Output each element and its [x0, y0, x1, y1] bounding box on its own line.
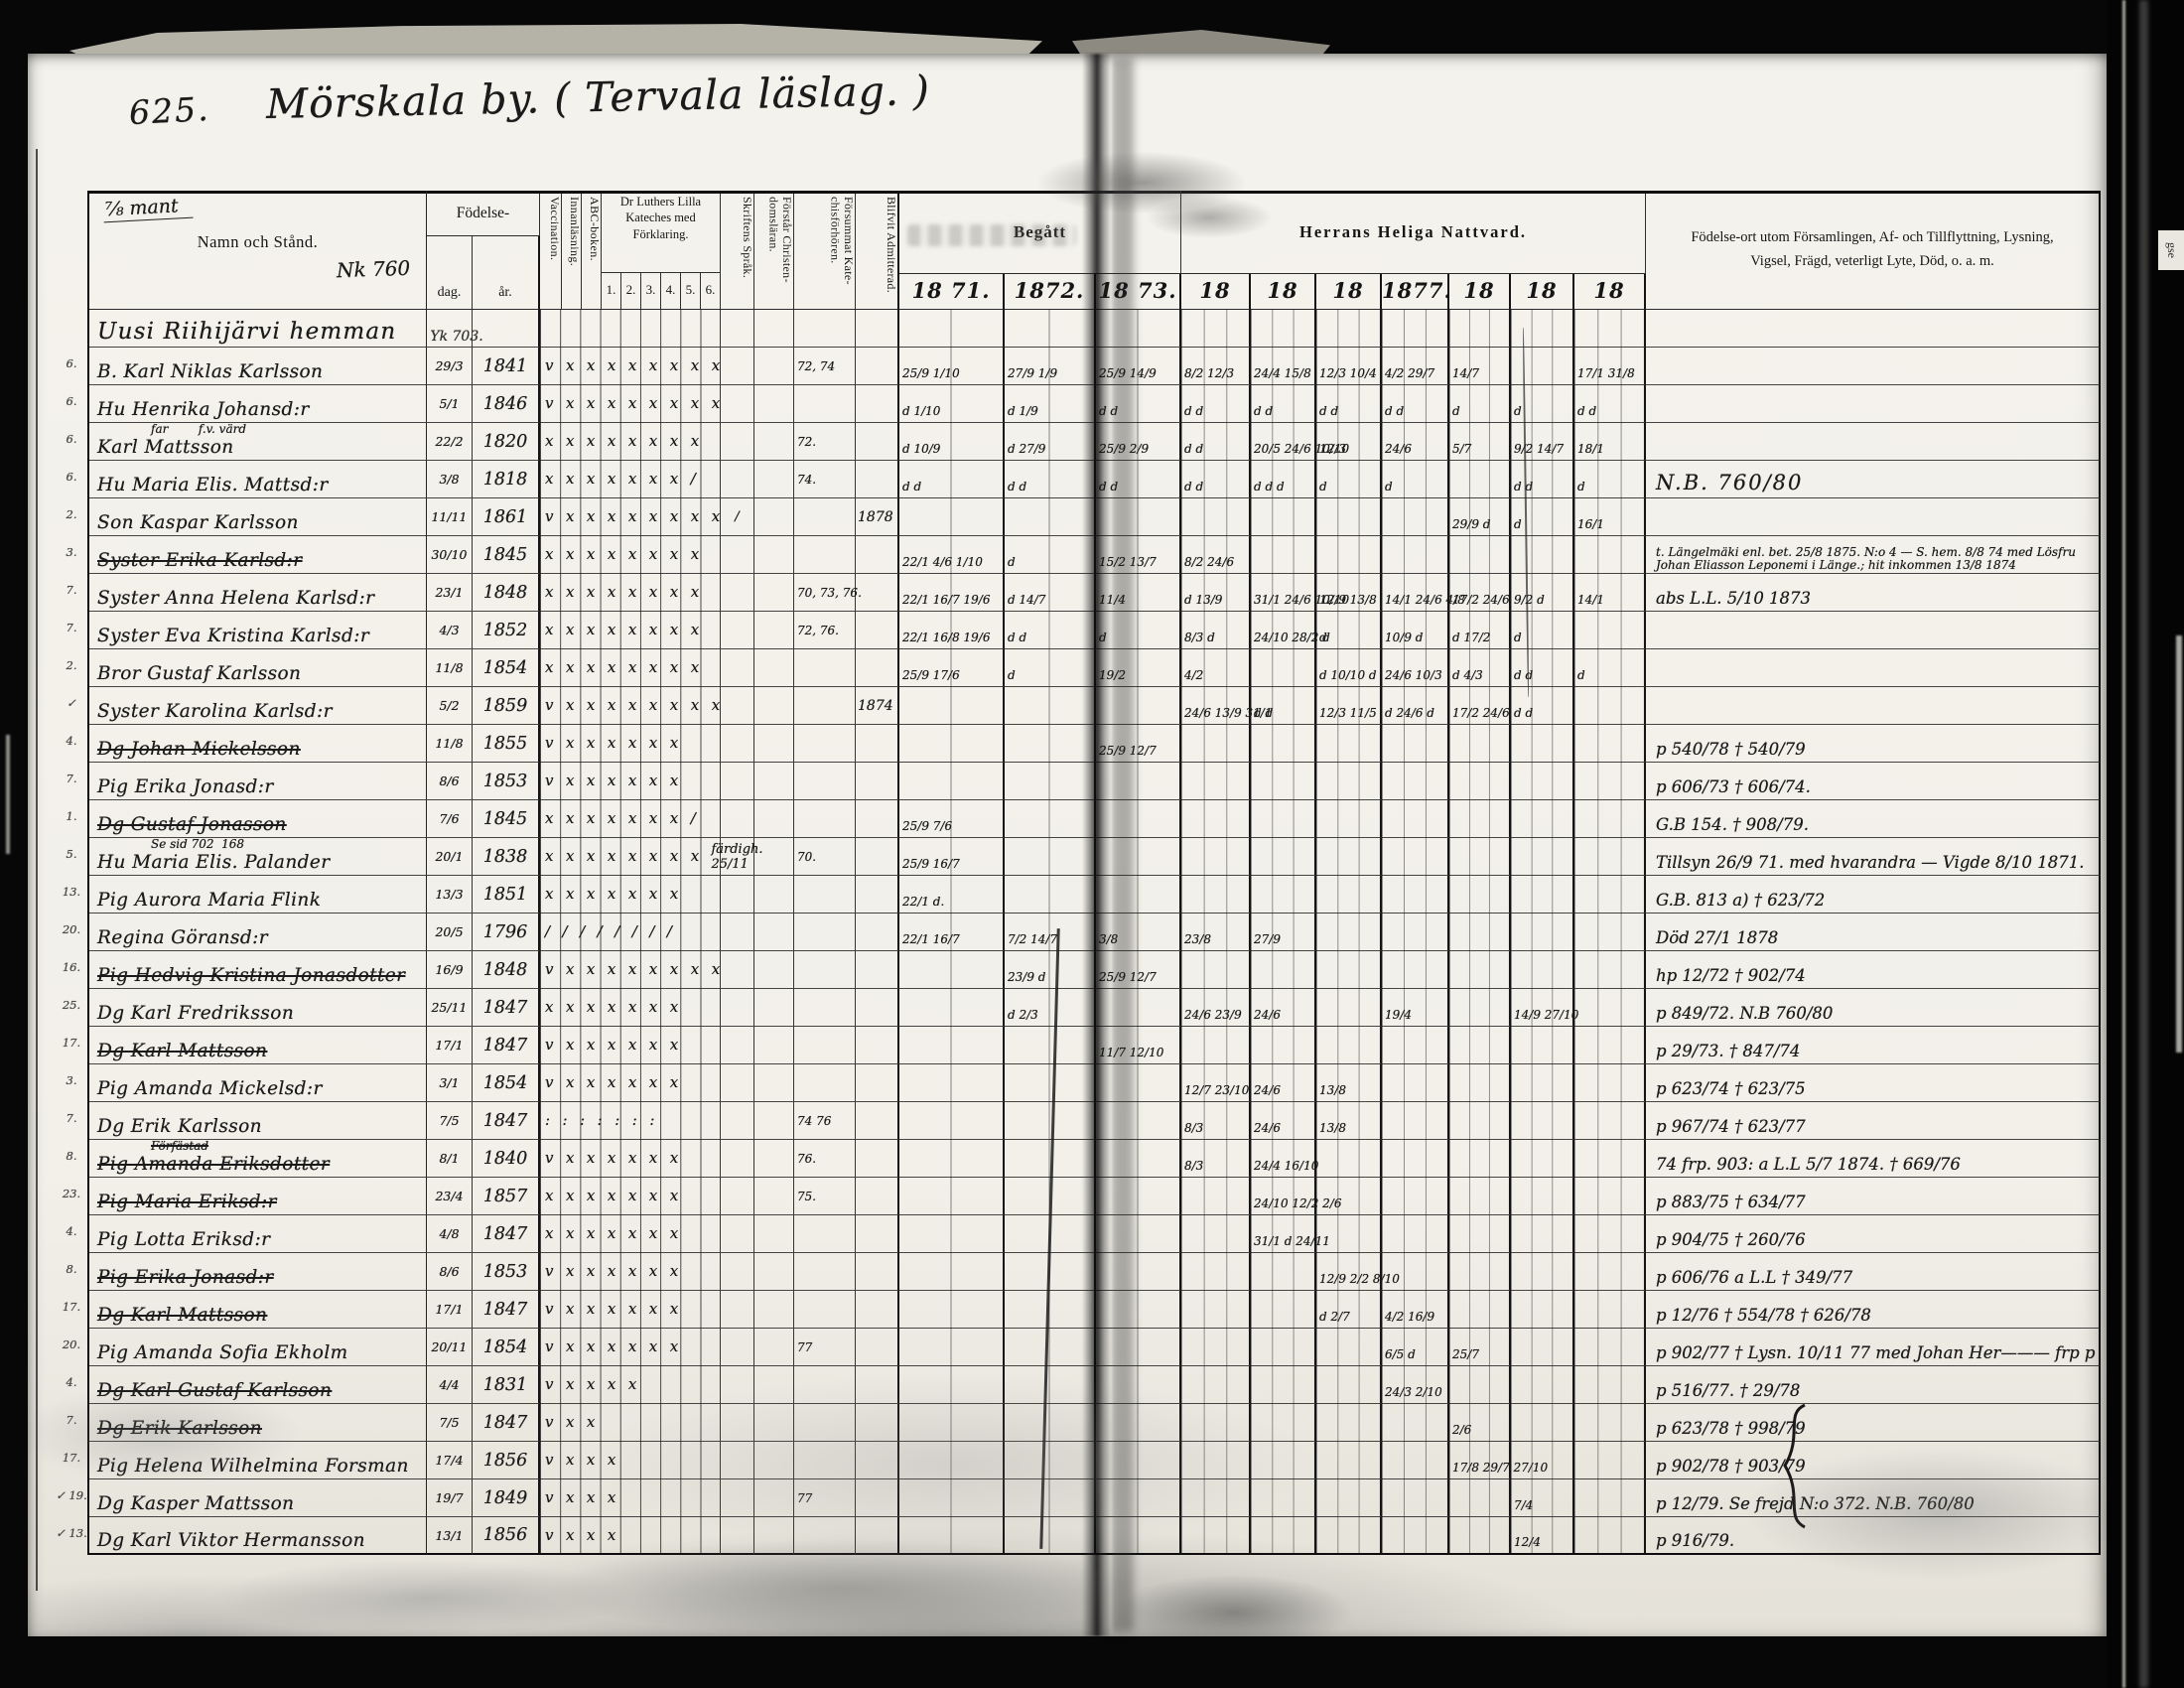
scripture-mark — [721, 1291, 754, 1329]
communion-1878: d 17/2 — [1449, 612, 1511, 649]
name-cell: Hu Maria Elis. Mattsd:r — [89, 461, 427, 498]
communion-1876: 13/8 — [1316, 1102, 1382, 1140]
communion-1876 — [1316, 498, 1382, 536]
scripture-mark — [721, 1517, 754, 1555]
communion-1876: d — [1316, 612, 1382, 649]
communion-1880 — [1574, 687, 1646, 725]
communion-1874 — [1181, 1291, 1251, 1329]
birth-day: 17/1 — [427, 1291, 473, 1329]
annotation: p 623/78 † 998/79 — [1646, 1404, 2101, 1442]
understands-mark — [754, 1366, 794, 1404]
communion-1878: 14/7 — [1449, 348, 1511, 385]
communion-1876 — [1316, 1404, 1382, 1442]
communion-1879 — [1511, 763, 1574, 800]
margin-mark: 3. — [56, 536, 89, 574]
birth-year: 1847 — [473, 1215, 540, 1253]
annotation — [1646, 348, 2101, 385]
communion-1877 — [1382, 1178, 1449, 1215]
margin-mark: 2. — [56, 498, 89, 536]
understands-mark — [754, 763, 794, 800]
margin-mark: 17. — [56, 1442, 89, 1479]
communion-1871 — [899, 763, 1005, 800]
communion-1873: d d — [1096, 461, 1181, 498]
communion-1871 — [899, 1479, 1005, 1517]
communion-1875 — [1251, 876, 1316, 914]
birth-year: 1847 — [473, 1291, 540, 1329]
missed-years — [794, 1253, 856, 1291]
reading-header: Innanläsning. — [562, 191, 582, 309]
margin-mark: 23. — [56, 1178, 89, 1215]
birth-day: 22/2 — [427, 423, 473, 461]
person-name: Uusi Riihijärvi hemman — [97, 319, 396, 345]
title-bar: 625. Mörskala by. ( Tervala läslag. ) — [68, 60, 1457, 179]
birth-year: 1855 — [473, 725, 540, 763]
literacy-marks: xxxxxxx — [540, 1215, 721, 1253]
missed-years: 72. — [794, 423, 856, 461]
communion-1871: 22/1 16/7 19/6 — [899, 574, 1005, 612]
mantal-note: ⅞ mant — [102, 195, 193, 223]
scripture-mark — [721, 1215, 754, 1253]
name-cell: B. Karl Niklas Karlsson — [89, 348, 427, 385]
understands-mark — [754, 687, 794, 725]
admitted-year: 1874 — [856, 687, 899, 725]
birth-year: 1859 — [473, 687, 540, 725]
communion-1872: d — [1005, 536, 1096, 574]
communion-1875: d d — [1251, 687, 1316, 725]
margin-mark: 6. — [56, 423, 89, 461]
birth-day: 17/1 — [427, 1027, 473, 1064]
literacy-marks: vxxx — [540, 1442, 721, 1479]
literacy-marks: xxxxxxxx — [540, 612, 721, 649]
communion-1874: d d — [1181, 461, 1251, 498]
name-cell: Uusi Riihijärvi hemman Yk 703. — [89, 310, 427, 348]
scripture-mark — [721, 574, 754, 612]
communion-1873 — [1096, 1517, 1181, 1555]
communion-1880 — [1574, 1404, 1646, 1442]
understands-mark — [754, 1027, 794, 1064]
communion-1874 — [1181, 1366, 1251, 1404]
literacy-marks: vxxx — [540, 1517, 721, 1555]
communion-1874: 24/6 13/9 31/1 — [1181, 687, 1251, 725]
table-row: 6. far f.v. värd Karl Mattsson 22/2 1820… — [56, 423, 2101, 461]
margin-mark: 7. — [56, 1404, 89, 1442]
communion-1876 — [1316, 876, 1382, 914]
scripture-mark — [721, 1366, 754, 1404]
communion-1880 — [1574, 612, 1646, 649]
communion-1875: 24/10 28/2 d — [1251, 612, 1316, 649]
communion-1871: d 10/9 — [899, 423, 1005, 461]
margin-mark: 5. — [56, 838, 89, 876]
name-cell: far f.v. värd Karl Mattsson — [89, 423, 427, 461]
communion-1879 — [1511, 1291, 1574, 1329]
missed-years — [794, 1517, 856, 1555]
communion-1874 — [1181, 876, 1251, 914]
communion-1877 — [1382, 310, 1449, 348]
communion-1879 — [1511, 1102, 1574, 1140]
communion-1879 — [1511, 1178, 1574, 1215]
communion-1876: 12/3 11/5 — [1316, 687, 1382, 725]
admitted-year — [856, 876, 899, 914]
communion-1877 — [1382, 1027, 1449, 1064]
communion-1873 — [1096, 838, 1181, 876]
table-row: 23. Pig Maria Eriksd:r 23/4 1857 xxxxxxx… — [56, 1178, 2101, 1215]
communion-1872 — [1005, 310, 1096, 348]
communion-1873 — [1096, 1064, 1181, 1102]
communion-1877 — [1382, 838, 1449, 876]
birth-year: 1847 — [473, 1102, 540, 1140]
communion-1876 — [1316, 1178, 1382, 1215]
understands-mark — [754, 1253, 794, 1291]
birth-day: 8/6 — [427, 1253, 473, 1291]
understands-mark — [754, 725, 794, 763]
communion-1876 — [1316, 725, 1382, 763]
birth-year: 1856 — [473, 1442, 540, 1479]
communion-1872 — [1005, 725, 1096, 763]
communion-1873 — [1096, 1102, 1181, 1140]
missed-years — [794, 1064, 856, 1102]
table-row: 4. Pig Lotta Eriksd:r 4/8 1847 xxxxxxx 3… — [56, 1215, 2101, 1253]
communion-1874 — [1181, 1479, 1251, 1517]
birth-day: 5/1 — [427, 385, 473, 423]
communion-1876 — [1316, 1027, 1382, 1064]
communion-1873 — [1096, 1366, 1181, 1404]
birth-day: 4/3 — [427, 612, 473, 649]
catechism-col-4: 4. — [661, 273, 681, 309]
communion-1873: d — [1096, 612, 1181, 649]
person-name: Dg Kasper Mattsson — [97, 1493, 295, 1514]
person-name: Syster Karolina Karlsd:r — [97, 701, 333, 722]
person-name: Pig Amanda Eriksdotter — [97, 1154, 330, 1175]
missed-years: 72, 74 — [794, 348, 856, 385]
birth-day: 19/7 — [427, 1479, 473, 1517]
literacy-marks: vxxxxxx — [540, 1027, 721, 1064]
name-suffix-ref: Yk 703. — [430, 329, 482, 345]
communion-1880 — [1574, 1027, 1646, 1064]
communion-1874: d d — [1181, 385, 1251, 423]
communion-1876: 12/3 10/4 — [1316, 348, 1382, 385]
annotation — [1646, 385, 2101, 423]
communion-1880 — [1574, 989, 1646, 1027]
name-cell: Pig Hedvig Kristina Jonasdotter — [89, 951, 427, 989]
understands-mark — [754, 1178, 794, 1215]
communion-1873: 3/8 — [1096, 914, 1181, 951]
literacy-marks: vxxxxxx — [540, 1140, 721, 1178]
communion-1873 — [1096, 876, 1181, 914]
scripture-mark — [721, 687, 754, 725]
communion-1876: d d — [1316, 385, 1382, 423]
communion-1880 — [1574, 1178, 1646, 1215]
communion-1878 — [1449, 461, 1511, 498]
year-1875: 18 75. — [1251, 274, 1316, 310]
missed-years: 76. — [794, 1140, 856, 1178]
birth-day: 23/4 — [427, 1178, 473, 1215]
admitted-year — [856, 536, 899, 574]
communion-1877 — [1382, 914, 1449, 951]
communion-1872 — [1005, 1064, 1096, 1102]
name-topnote: Förfästad — [151, 1140, 208, 1152]
communion-1876 — [1316, 914, 1382, 951]
literacy-marks: vxxxxxx — [540, 763, 721, 800]
left-margin-rule — [36, 149, 38, 1591]
admitted-year — [856, 1140, 899, 1178]
birth-day: 3/1 — [427, 1064, 473, 1102]
understands-mark — [754, 536, 794, 574]
communion-1880 — [1574, 725, 1646, 763]
communion-1873: 25/9 2/9 — [1096, 423, 1181, 461]
annotation: G.B 154. † 908/79. — [1646, 800, 2101, 838]
communion-1871 — [899, 1442, 1005, 1479]
ref-note-nk: Nk 760 — [336, 256, 410, 283]
communion-1875 — [1251, 1479, 1316, 1517]
literacy-marks: vxxxxxxxx — [540, 348, 721, 385]
birth-day: 4/4 — [427, 1366, 473, 1404]
communion-1872: d 1/9 — [1005, 385, 1096, 423]
communion-1880 — [1574, 838, 1646, 876]
communion-1879 — [1511, 1366, 1574, 1404]
missed-years: 77 — [794, 1329, 856, 1366]
communion-1877 — [1382, 763, 1449, 800]
communion-1875 — [1251, 1027, 1316, 1064]
communion-1878: 2/6 — [1449, 1404, 1511, 1442]
communion-1876 — [1316, 1329, 1382, 1366]
admitted-year — [856, 989, 899, 1027]
birth-year: 1838 — [473, 838, 540, 876]
literacy-marks: vxxxx — [540, 1366, 721, 1404]
admitted-year — [856, 1027, 899, 1064]
table-row: 3. Syster Erika Karlsd:r 30/10 1845 xxxx… — [56, 536, 2101, 574]
communion-1871: 22/1 d. — [899, 876, 1005, 914]
birth-year: 1847 — [473, 989, 540, 1027]
person-name: Bror Gustaf Karlsson — [97, 663, 301, 684]
understands-mark — [754, 1291, 794, 1329]
communion-1872 — [1005, 1291, 1096, 1329]
scripture-mark — [721, 989, 754, 1027]
communion-1875: 24/10 12/2 2/6 — [1251, 1178, 1316, 1215]
table-row: 7. Syster Anna Helena Karlsd:r 23/1 1848… — [56, 574, 2101, 612]
scripture-mark — [721, 310, 754, 348]
communion-1871: 22/1 16/7 — [899, 914, 1005, 951]
scripture-mark: / — [721, 498, 754, 536]
communion-1879 — [1511, 725, 1574, 763]
year-1871: 18 71. — [899, 274, 1005, 310]
birth-year: 1852 — [473, 612, 540, 649]
communion-1877 — [1382, 1215, 1449, 1253]
table-row: 7. Syster Eva Kristina Karlsd:r 4/3 1852… — [56, 612, 2101, 649]
communion-1875 — [1251, 536, 1316, 574]
person-name: Pig Erika Jonasd:r — [97, 1267, 274, 1288]
communion-1872 — [1005, 687, 1096, 725]
missed-years: 70. — [794, 838, 856, 876]
communion-1878 — [1449, 1102, 1511, 1140]
communion-1880 — [1574, 1064, 1646, 1102]
communion-1874: 12/7 23/10 — [1181, 1064, 1251, 1102]
table-row: 2. Bror Gustaf Karlsson 11/8 1854 xxxxxx… — [56, 649, 2101, 687]
communion-1875: 24/6 — [1251, 989, 1316, 1027]
understands-mark — [754, 649, 794, 687]
person-name: B. Karl Niklas Karlsson — [97, 361, 323, 382]
admitted-year — [856, 1215, 899, 1253]
annotation — [1646, 612, 2101, 649]
table-row: 2. Son Kaspar Karlsson 11/11 1861 vxxxxx… — [56, 498, 2101, 536]
communion-1877 — [1382, 498, 1449, 536]
communion-1877: 6/5 d — [1382, 1329, 1449, 1366]
missed-years: 70, 73, 76. — [794, 574, 856, 612]
annotation: p 904/75 † 260/76 — [1646, 1215, 2101, 1253]
communion-1880 — [1574, 1329, 1646, 1366]
communion-1877 — [1382, 876, 1449, 914]
margin-mark: 4. — [56, 725, 89, 763]
communion-1879 — [1511, 876, 1574, 914]
understands-mark — [754, 348, 794, 385]
literacy-marks: vxxxxxx — [540, 1064, 721, 1102]
missed-years — [794, 498, 856, 536]
person-name: Syster Erika Karlsd:r — [97, 550, 303, 571]
margin-mark: 3. — [56, 1064, 89, 1102]
annotation: p 902/78 † 903/79 — [1646, 1442, 2101, 1479]
table-row: 13. Pig Aurora Maria Flink 13/3 1851 xxx… — [56, 876, 2101, 914]
table-row: ✓ Syster Karolina Karlsd:r 5/2 1859 vxxx… — [56, 687, 2101, 725]
communion-1871: 25/9 16/7 — [899, 838, 1005, 876]
communion-1879 — [1511, 1442, 1574, 1479]
communion-1880 — [1574, 1366, 1646, 1404]
communion-1878: 29/9 d — [1449, 498, 1511, 536]
name-cell: Son Kaspar Karlsson — [89, 498, 427, 536]
year-1878: 18 78. — [1449, 274, 1511, 310]
table-row: 20. Regina Göransd:r 20/5 1796 //////// … — [56, 914, 2101, 951]
person-name: Regina Göransd:r — [97, 927, 268, 948]
communion-1876 — [1316, 989, 1382, 1027]
admitted-year — [856, 951, 899, 989]
birth-year: 1845 — [473, 800, 540, 838]
communion-1877: 4/2 29/7 — [1382, 348, 1449, 385]
communion-1879 — [1511, 800, 1574, 838]
birth-day: 30/10 — [427, 536, 473, 574]
communion-1879 — [1511, 348, 1574, 385]
admitted-year — [856, 461, 899, 498]
faded-stamp — [907, 224, 1076, 246]
communion-1875 — [1251, 800, 1316, 838]
understands-mark — [754, 1140, 794, 1178]
admitted-year — [856, 423, 899, 461]
communion-1875: 24/4 15/8 — [1251, 348, 1316, 385]
communion-1880 — [1574, 876, 1646, 914]
understands-mark — [754, 1064, 794, 1102]
table-row: 17. Dg Karl Mattsson 17/1 1847 vxxxxxx d… — [56, 1291, 2101, 1329]
communion-1875 — [1251, 1329, 1316, 1366]
margin-mark: 2. — [56, 649, 89, 687]
communion-1879 — [1511, 1404, 1574, 1442]
person-name: Pig Maria Eriksd:r — [97, 1192, 277, 1212]
missed-years — [794, 536, 856, 574]
communion-1874: 8/2 12/3 — [1181, 348, 1251, 385]
admitted-year — [856, 574, 899, 612]
birth-day: 13/3 — [427, 876, 473, 914]
communion-1877 — [1382, 1442, 1449, 1479]
communion-1871 — [899, 1102, 1005, 1140]
understands-mark — [754, 989, 794, 1027]
literacy-marks: vxxxxxxxxx — [540, 687, 721, 725]
name-cell: Pig Amanda Sofia Ekholm — [89, 1329, 427, 1366]
communion-1877: 24/6 10/3 — [1382, 649, 1449, 687]
birth-year: 1840 — [473, 1140, 540, 1178]
communion-1880 — [1574, 1479, 1646, 1517]
table-row: 4. Dg Karl Gustaf Karlsson 4/4 1831 vxxx… — [56, 1366, 2101, 1404]
communion-1876 — [1316, 536, 1382, 574]
catechism-subcolumns: 1. 2. 3. 4. 5. 6. — [602, 273, 720, 309]
communion-1872: 23/9 d — [1005, 951, 1096, 989]
admitted-year — [856, 763, 899, 800]
communion-1877: 19/4 — [1382, 989, 1449, 1027]
communion-1880 — [1574, 763, 1646, 800]
table-row: 8. Förfästad Pig Amanda Eriksdotter 8/1 … — [56, 1140, 2101, 1178]
margin-mark: 13. — [56, 876, 89, 914]
table-row: 8. Pig Erika Jonasd:r 8/6 1853 vxxxxxx 1… — [56, 1253, 2101, 1291]
communion-1874 — [1181, 725, 1251, 763]
birth-year: 1845 — [473, 536, 540, 574]
communion-1877: d — [1382, 461, 1449, 498]
communion-1880 — [1574, 951, 1646, 989]
margin-mark: ✓ — [56, 687, 89, 725]
birth-year: 1820 — [473, 423, 540, 461]
communion-1873 — [1096, 498, 1181, 536]
annotation: p 849/72. N.B 760/80 — [1646, 989, 2101, 1027]
admitted-year — [856, 800, 899, 838]
communion-1873 — [1096, 1404, 1181, 1442]
birth-header: Födelse- — [427, 191, 540, 236]
birth-day: 23/1 — [427, 574, 473, 612]
communion-1878: 5/7 — [1449, 423, 1511, 461]
communion-1874: d 13/9 — [1181, 574, 1251, 612]
communion-1880: 18/1 — [1574, 423, 1646, 461]
communion-1874 — [1181, 1178, 1251, 1215]
literacy-marks: xxxxxxxx — [540, 536, 721, 574]
missed-years: 74. — [794, 461, 856, 498]
name-cell: Dg Karl Viktor Hermansson — [89, 1517, 427, 1555]
communion-1880 — [1574, 914, 1646, 951]
person-name: Son Kaspar Karlsson — [97, 512, 299, 533]
understands-mark — [754, 951, 794, 989]
margin-mark: 6. — [56, 348, 89, 385]
communion-1872: d d — [1005, 461, 1096, 498]
communion-1878 — [1449, 876, 1511, 914]
communion-1880 — [1574, 1442, 1646, 1479]
communion-1872: d 2/3 — [1005, 989, 1096, 1027]
communion-1878 — [1449, 763, 1511, 800]
margin-mark: 7. — [56, 1102, 89, 1140]
annotation: p 883/75 † 634/77 — [1646, 1178, 2101, 1215]
communion-1874: 8/3 — [1181, 1140, 1251, 1178]
birth-day: 17/4 — [427, 1442, 473, 1479]
birth-day: 3/8 — [427, 461, 473, 498]
missed-years: 74 76 — [794, 1102, 856, 1140]
annotation — [1646, 687, 2101, 725]
name-cell: Dg Karl Gustaf Karlsson — [89, 1366, 427, 1404]
annotation: p 12/79. Se frejd N:o 372. N.B. 760/80 — [1646, 1479, 2101, 1517]
communion-1871 — [899, 1517, 1005, 1555]
communion-1874 — [1181, 1329, 1251, 1366]
communion-1877 — [1382, 1102, 1449, 1140]
communion-1879 — [1511, 1329, 1574, 1366]
margin-spacer — [56, 191, 89, 310]
table-body: Uusi Riihijärvi hemman Yk 703. 6. B. Kar… — [56, 310, 2101, 1555]
missed-years — [794, 989, 856, 1027]
communion-1872: 7/2 14/7 — [1005, 914, 1096, 951]
name-cell: Dg Karl Mattsson — [89, 1027, 427, 1064]
communion-1879 — [1511, 310, 1574, 348]
name-cell: Dg Karl Fredriksson — [89, 989, 427, 1027]
birth-day: 29/3 — [427, 348, 473, 385]
communion-1880 — [1574, 536, 1646, 574]
